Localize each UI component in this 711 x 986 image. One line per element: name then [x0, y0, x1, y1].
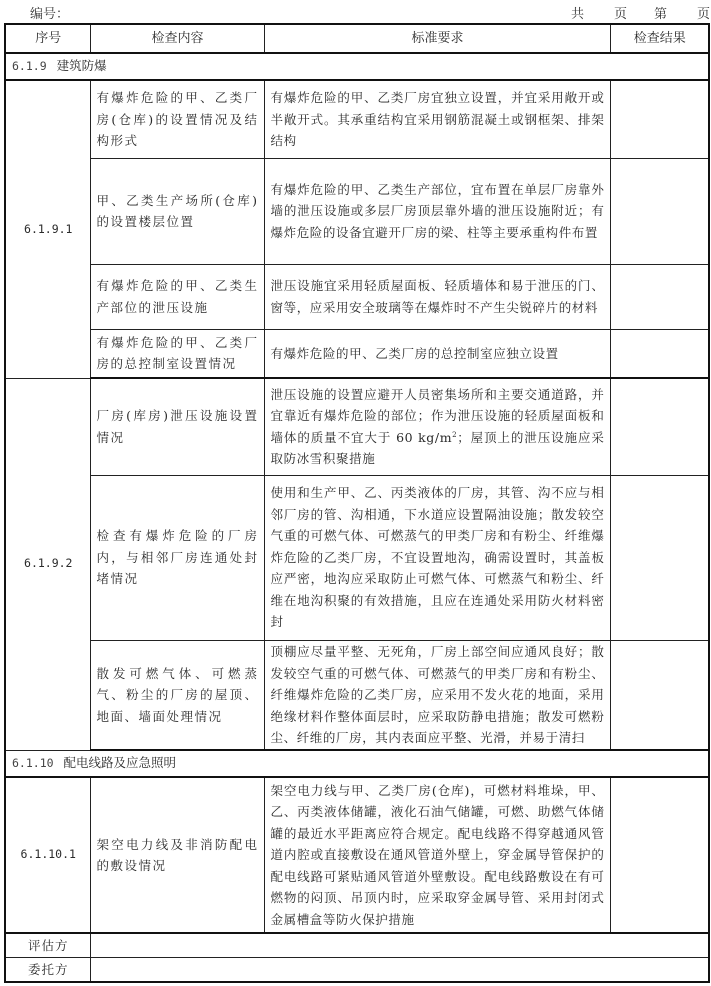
section-row: 6.1.10配电线路及应急照明: [5, 750, 709, 777]
check-result-cell[interactable]: [610, 329, 709, 378]
page-unit-label: 页: [614, 3, 627, 22]
item-number: 6.1.9.1: [5, 80, 90, 378]
header-row: 序号 检查内容 标准要求 检查结果: [5, 24, 709, 53]
standard-requirement: 有爆炸危险的甲、乙类厂房的总控制室应独立设置: [264, 329, 610, 378]
table-row: 有爆炸危险的甲、乙类厂房的总控制室设置情况 有爆炸危险的甲、乙类厂房的总控制室应…: [5, 329, 709, 378]
total-pages-label: 共: [571, 3, 584, 22]
check-content: 检查有爆炸危险的厂房内，与相邻厂房连通处封堵情况: [90, 475, 264, 640]
standard-requirement: 有爆炸危险的甲、乙类厂房宜独立设置，并宜采用敞开或半敞开式。其承重结构宜采用钢筋…: [264, 80, 610, 158]
section-title: 配电线路及应急照明: [64, 755, 177, 770]
check-content: 甲、乙类生产场所(仓库)的设置楼层位置: [90, 158, 264, 264]
item-number: 6.1.9.2: [5, 378, 90, 750]
section-title: 建筑防爆: [57, 58, 107, 73]
standard-requirement: 使用和生产甲、乙、丙类液体的厂房，其管、沟不应与相邻厂房的管、沟相通，下水道应设…: [264, 475, 610, 640]
table-row: 甲、乙类生产场所(仓库)的设置楼层位置 有爆炸危险的甲、乙类生产部位，宜布置在单…: [5, 158, 709, 264]
inspection-checklist-table: 序号 检查内容 标准要求 检查结果 6.1.9建筑防爆 6.1.9.1 有爆炸危…: [4, 23, 710, 983]
standard-requirement: 泄压设施的设置应避开人员密集场所和主要交通道路，并宜靠近有爆炸危险的部位；作为泄…: [264, 378, 610, 475]
standard-requirement: 有爆炸危险的甲、乙类生产部位，宜布置在单层厂房靠外墙的泄压设施或多层厂房顶层靠外…: [264, 158, 610, 264]
check-result-cell[interactable]: [610, 80, 709, 158]
check-result-cell[interactable]: [610, 378, 709, 475]
signature-row-client: 委托方: [5, 958, 709, 983]
table-row: 6.1.9.1 有爆炸危险的甲、乙类厂房(仓库)的设置情况及结构形式 有爆炸危险…: [5, 80, 709, 158]
table-row: 6.1.9.2 厂房(库房)泄压设施设置情况 泄压设施的设置应避开人员密集场所和…: [5, 378, 709, 475]
signature-row-assessor: 评估方: [5, 933, 709, 958]
check-result-cell[interactable]: [610, 777, 709, 933]
check-content: 有爆炸危险的甲、乙类生产部位的泄压设施: [90, 264, 264, 329]
table-row: 有爆炸危险的甲、乙类生产部位的泄压设施 泄压设施宜采用轻质屋面板、轻质墙体和易于…: [5, 264, 709, 329]
header-standard-requirement: 标准要求: [264, 24, 610, 53]
header-check-content: 检查内容: [90, 24, 264, 53]
serial-number-label: 编号：: [30, 3, 69, 22]
check-result-cell[interactable]: [610, 158, 709, 264]
section-number: 6.1.10: [12, 756, 54, 770]
check-content: 有爆炸危险的甲、乙类厂房的总控制室设置情况: [90, 329, 264, 378]
client-label: 委托方: [5, 958, 90, 983]
assessor-label: 评估方: [5, 933, 90, 958]
check-result-cell[interactable]: [610, 264, 709, 329]
table-row: 6.1.10.1 架空电力线及非消防配电的敷设情况 架空电力线与甲、乙类厂房(仓…: [5, 777, 709, 933]
check-content: 厂房(库房)泄压设施设置情况: [90, 378, 264, 475]
table-row: 散发可燃气体、可燃蒸气、粉尘的厂房的屋顶、地面、墙面处理情况 顶棚应尽量平整、无…: [5, 640, 709, 750]
standard-requirement: 架空电力线与甲、乙类厂房(仓库)，可燃材料堆垛，甲、乙、丙类液体储罐，液化石油气…: [264, 777, 610, 933]
client-signature-field[interactable]: [90, 958, 709, 983]
check-result-cell[interactable]: [610, 475, 709, 640]
header-serial-number: 序号: [5, 24, 90, 53]
page-unit-label-2: 页: [697, 3, 710, 22]
section-heading: 6.1.9建筑防爆: [5, 53, 709, 80]
section-heading: 6.1.10配电线路及应急照明: [5, 750, 709, 777]
section-number: 6.1.9: [12, 59, 47, 73]
check-content: 架空电力线及非消防配电的敷设情况: [90, 777, 264, 933]
page-header: 编号： 共 页 第 页: [0, 0, 711, 22]
current-page-label: 第: [654, 3, 667, 22]
section-row: 6.1.9建筑防爆: [5, 53, 709, 80]
header-check-result: 检查结果: [610, 24, 709, 53]
assessor-signature-field[interactable]: [90, 933, 709, 958]
standard-requirement: 顶棚应尽量平整、无死角，厂房上部空间应通风良好；散发较空气重的可燃气体、可燃蒸气…: [264, 640, 610, 750]
check-result-cell[interactable]: [610, 640, 709, 750]
standard-requirement: 泄压设施宜采用轻质屋面板、轻质墙体和易于泄压的门、窗等，应采用安全玻璃等在爆炸时…: [264, 264, 610, 329]
table-row: 检查有爆炸危险的厂房内，与相邻厂房连通处封堵情况 使用和生产甲、乙、丙类液体的厂…: [5, 475, 709, 640]
check-content: 有爆炸危险的甲、乙类厂房(仓库)的设置情况及结构形式: [90, 80, 264, 158]
check-content: 散发可燃气体、可燃蒸气、粉尘的厂房的屋顶、地面、墙面处理情况: [90, 640, 264, 750]
item-number: 6.1.10.1: [5, 777, 90, 933]
